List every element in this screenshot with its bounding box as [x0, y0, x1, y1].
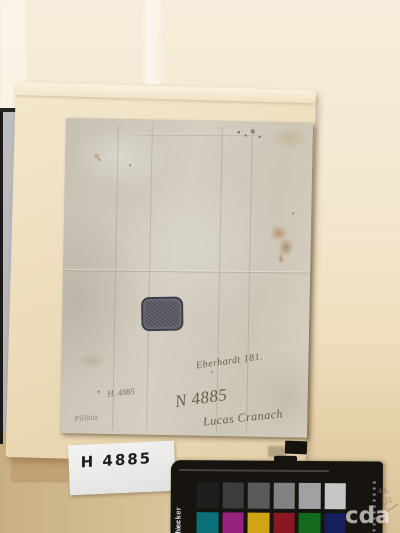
foxing-speckles	[66, 118, 68, 120]
cda-watermark: cda	[345, 503, 391, 529]
backing-sheet-curl	[16, 82, 316, 103]
horizontal-crease	[63, 269, 310, 274]
color-patch-magenta	[222, 512, 244, 533]
inscription-artist-name: Lucas Cranach	[202, 406, 283, 429]
brand-checker-text: checker	[173, 507, 182, 533]
grayscale-patch-row	[197, 482, 346, 509]
pencil-mark: 43,	[377, 486, 390, 496]
color-patch-row	[196, 512, 345, 533]
gray-patch-6	[324, 483, 346, 509]
gray-patch-2	[222, 482, 244, 508]
black-clip	[285, 441, 307, 455]
color-patch-cyan	[196, 512, 218, 533]
inscription-ink-number: N 4885	[174, 385, 229, 412]
fold-line	[146, 126, 153, 431]
backdrop-white-strip	[142, 0, 164, 84]
inventory-number: H 4885	[81, 449, 153, 471]
color-patch-yellow	[247, 513, 269, 533]
fold-line	[112, 125, 119, 430]
photo-scene: Eberhardt 181. N 4885 Lucas Cranach H. 4…	[0, 0, 400, 533]
brown-stain	[265, 222, 300, 263]
inscription-pencil-number: H. 4885	[107, 386, 135, 399]
gray-patch-3	[248, 483, 270, 509]
colorchecker-ridge	[179, 469, 329, 472]
small-stain	[93, 153, 100, 160]
artwork-verso: Eberhardt 181. N 4885 Lucas Cranach H. 4…	[60, 118, 313, 438]
color-patch-green	[298, 513, 320, 533]
faint-stain	[270, 127, 308, 150]
collection-stamp	[141, 297, 184, 332]
fold-line	[246, 128, 253, 433]
inventory-label: H 4885	[68, 441, 176, 496]
inscription-pencil-note: Pillnitz	[74, 413, 98, 424]
gray-patch-5	[299, 483, 321, 509]
color-patch-red	[273, 513, 295, 533]
inscription-ink-note: Eberhardt 181.	[195, 351, 263, 371]
left-edge-shadow	[0, 112, 3, 444]
smudge	[77, 352, 105, 369]
color-patch-blue	[324, 513, 346, 533]
upper-crease	[136, 133, 258, 135]
colorchecker-tab	[274, 456, 297, 463]
gray-patch-4	[273, 483, 295, 509]
gray-patch-1	[197, 482, 219, 508]
